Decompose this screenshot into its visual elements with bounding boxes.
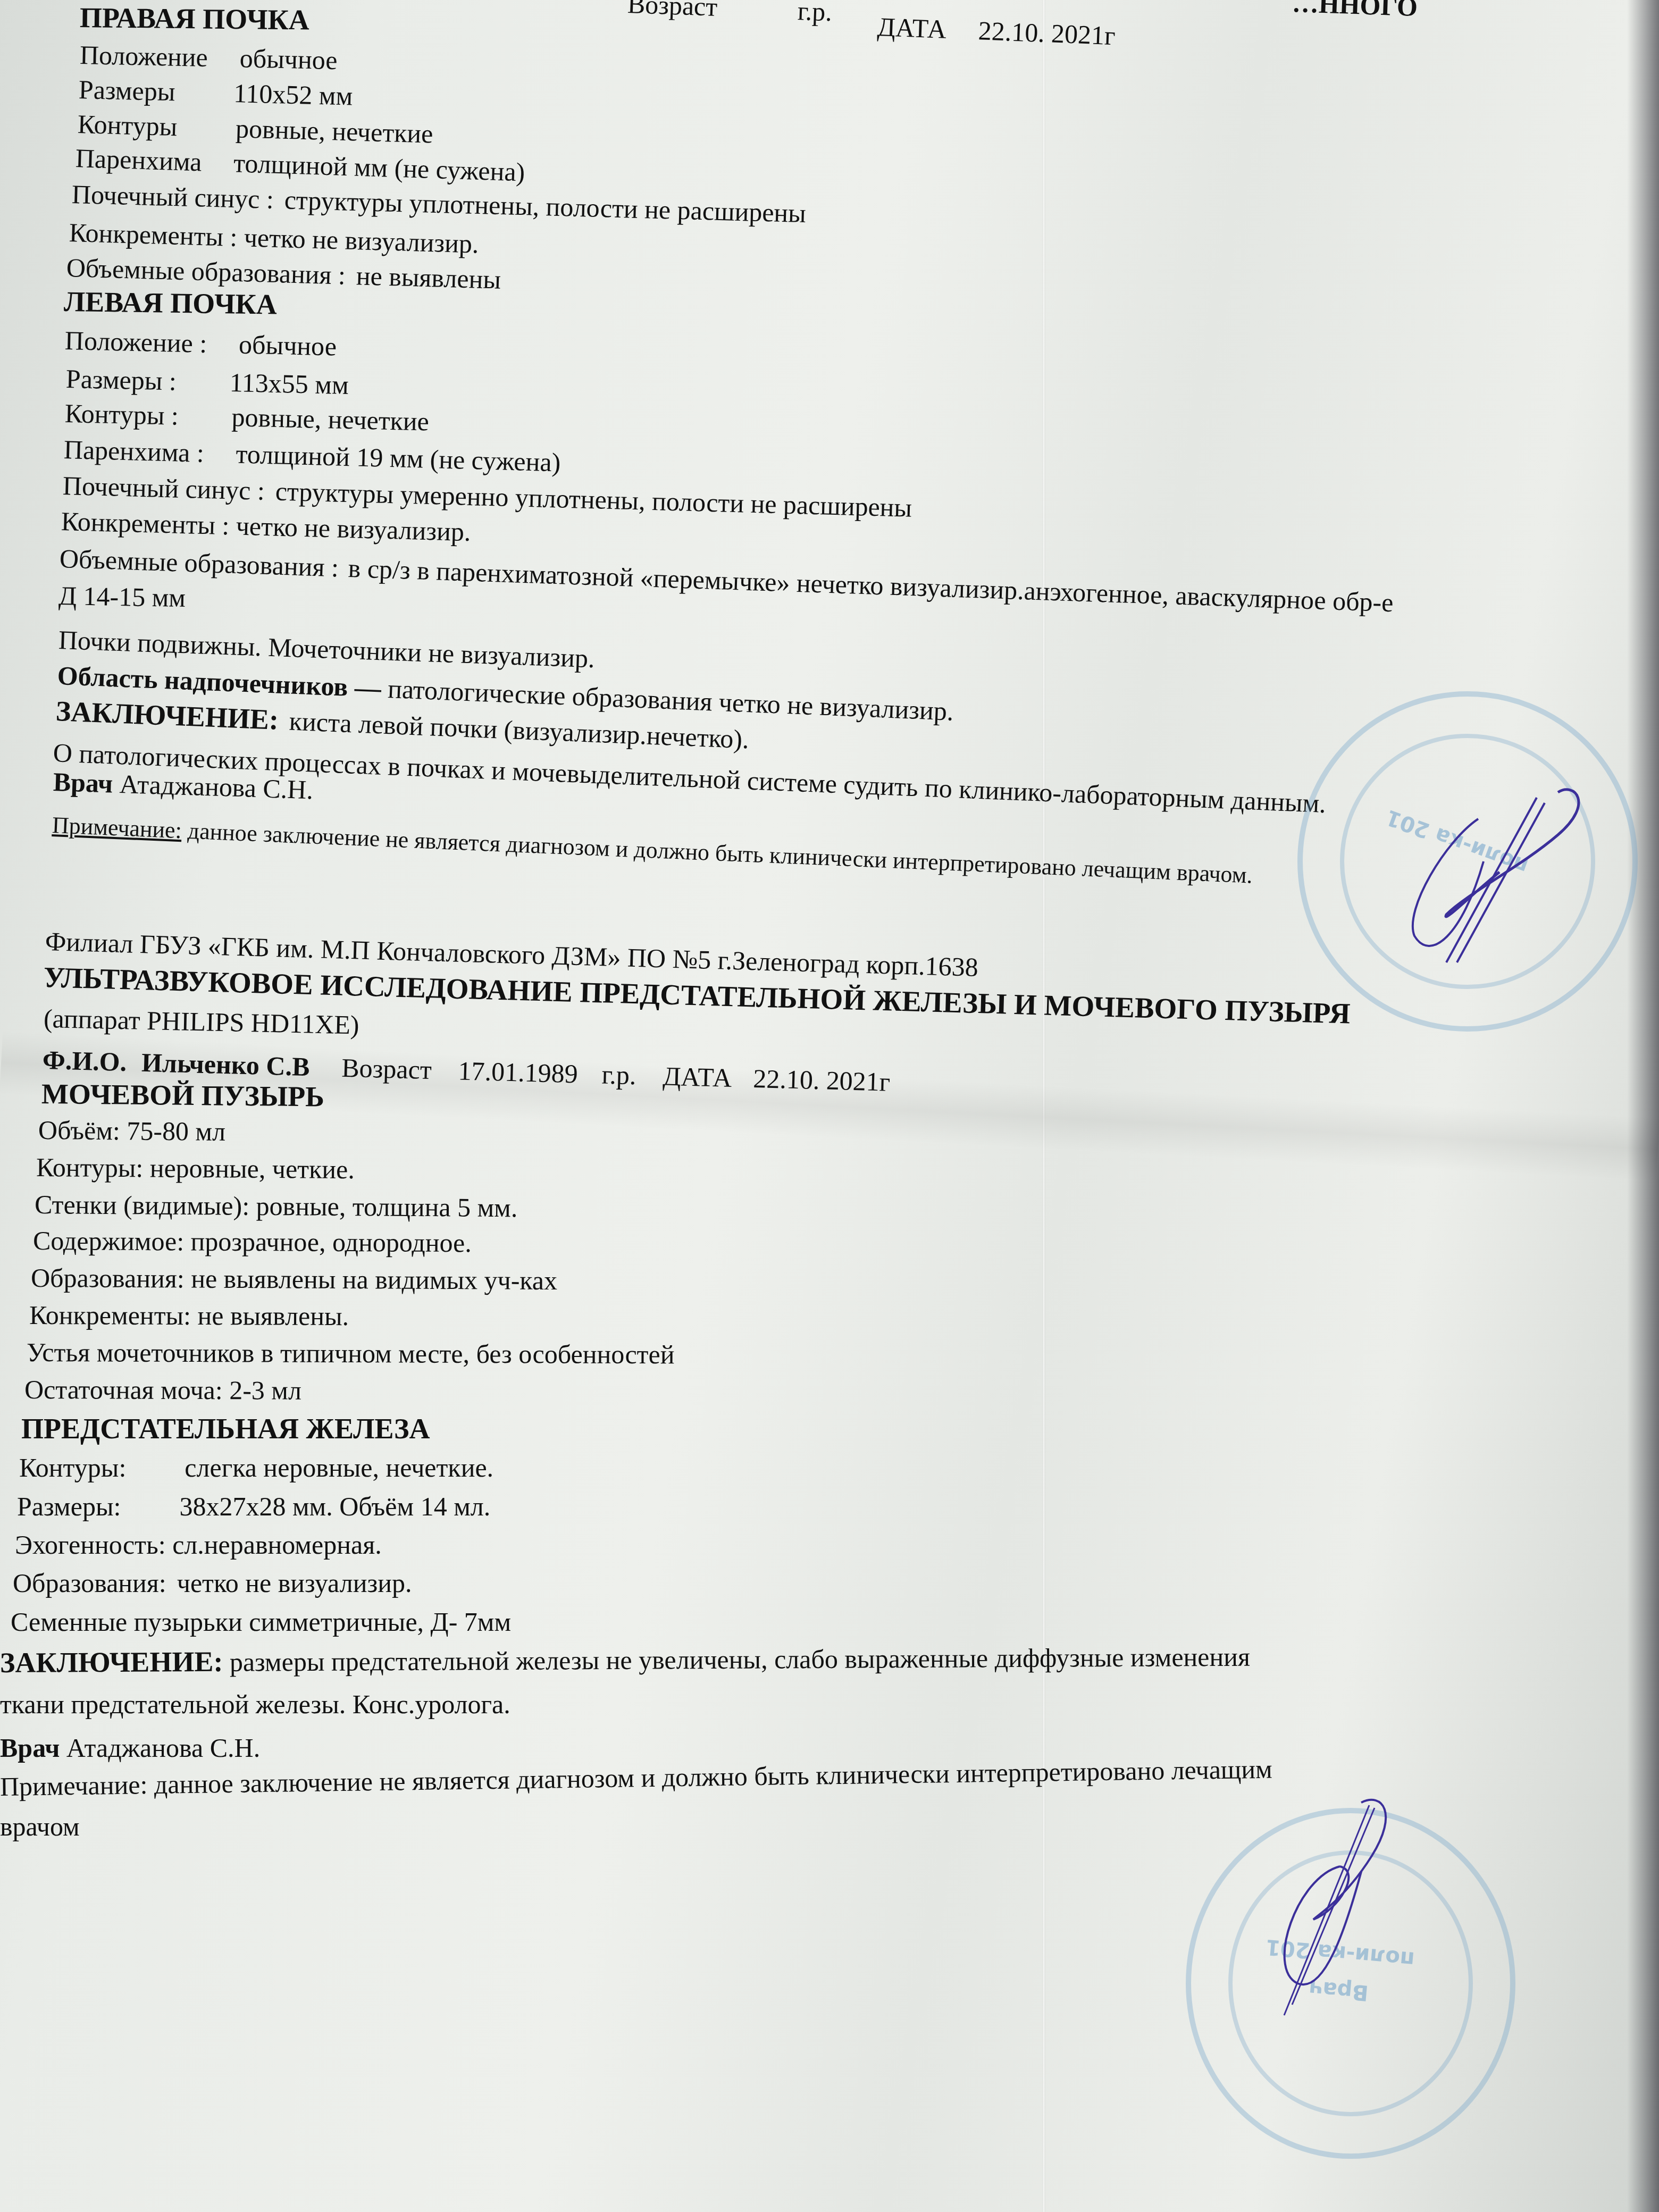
prostate-row: Размеры:38x27x28 мм. Объём 14 мл. <box>17 1493 490 1520</box>
document-photo: Возраст г.р. ДАТА22.10. 2021г …ННОГО ПРА… <box>0 0 1659 2212</box>
bladder-row: Образования: не выявлены на видимых уч-к… <box>31 1264 557 1294</box>
lk-row: Конкременты : четко не визуализир. <box>61 508 471 545</box>
signature-1 <box>1382 787 1595 968</box>
rk-row: Размеры110x52 мм <box>78 76 353 110</box>
header-gr-fragment: г.р. <box>797 0 833 25</box>
bladder-row: Содержимое: прозрачное, однородное. <box>33 1227 472 1256</box>
prostate-heading: ПРЕДСТАТЕЛЬНАЯ ЖЕЛЕЗА <box>21 1414 430 1443</box>
prostate-row: Семенные пузырьки симметричные, Д- 7мм <box>11 1608 511 1635</box>
doc1-doctor: Врач Атаджанова С.Н. <box>53 768 314 803</box>
fio-label: Ф.И.О. <box>42 1045 127 1077</box>
bladder-row: Конкременты: не выявлены. <box>29 1302 349 1329</box>
age-label: Возраст <box>341 1053 432 1085</box>
bladder-row: Стенки (видимые): ровные, толщина 5 мм. <box>35 1191 518 1221</box>
lk-row: Объемные образования :в ср/з в паренхима… <box>59 545 1394 616</box>
lk-row: Паренхима :толщиной 19 мм (не сужена) <box>63 436 561 475</box>
prostate-row: Эхогенность: сл.неравномерная. <box>15 1531 382 1558</box>
bladder-row: Объём: 75-80 мл <box>38 1117 226 1145</box>
lk-row: Положение :обычное <box>64 327 337 360</box>
birth-date: 17.01.1989 <box>458 1055 578 1088</box>
lk-row: Контуры :ровные, нечеткие <box>64 400 429 435</box>
bladder-row: Остаточная моча: 2-3 мл <box>24 1376 301 1404</box>
exam-date: 22.10. 2021г <box>753 1063 891 1097</box>
doc2-doctor: Врач Атаджанова С.Н. <box>0 1735 260 1761</box>
doc1-date: ДАТА22.10. 2021г <box>877 13 1116 49</box>
rk-row: Почечный синус :структуры уплотнены, пол… <box>71 181 806 227</box>
rk-row: Контурыровные, нечеткие <box>77 111 433 147</box>
lk-row: Размеры :113x55 мм <box>65 365 349 398</box>
bladder-row: Контуры: неровные, четкие. <box>36 1154 355 1183</box>
left-kidney-heading: ЛЕВАЯ ПОЧКА <box>64 287 278 319</box>
prostate-row: Контуры:слегка неровные, нечеткие. <box>19 1454 493 1481</box>
bladder-row: Устья мочеточников в типичном месте, без… <box>27 1339 675 1368</box>
right-kidney-heading: ПРАВАЯ ПОЧКА <box>80 3 309 35</box>
rk-row: Паренхиматолщиной мм (не сужена) <box>75 145 525 186</box>
prostate-row: Образования:четко не визуализир. <box>13 1570 412 1596</box>
doc1-title-fragment: …ННОГО <box>1292 0 1418 20</box>
bladder-heading: МОЧЕВОЙ ПУЗЫРЬ <box>41 1079 324 1111</box>
doc2-conclusion-cont: ткани предстательной железы. Конс.уролог… <box>0 1691 510 1717</box>
header-age-fragment: Возраст <box>627 0 718 20</box>
rk-row: Положениеобычное <box>79 41 338 73</box>
signature-2 <box>1255 1792 1425 2037</box>
page-edge-shadow <box>1627 0 1659 2212</box>
date-value: 22.10. 2021г <box>978 15 1116 51</box>
rk-row: Конкременты : четко не визуализир. <box>69 219 479 257</box>
patient-name: Ильченко С.В <box>141 1048 310 1082</box>
device-name: (аппарат PHILIPS HD11XE) <box>43 1005 359 1038</box>
doc2-conclusion: ЗАКЛЮЧЕНИЕ: размеры предстательной желез… <box>0 1642 1250 1677</box>
date-label: ДАТА <box>877 12 947 44</box>
lk-row: Д 14-15 мм <box>58 582 186 611</box>
exam-date-label: ДАТА <box>663 1061 732 1093</box>
doc1-note: Примечание: данное заключение не являетс… <box>52 814 1253 887</box>
doc2-note-cont: врачом <box>0 1813 80 1840</box>
